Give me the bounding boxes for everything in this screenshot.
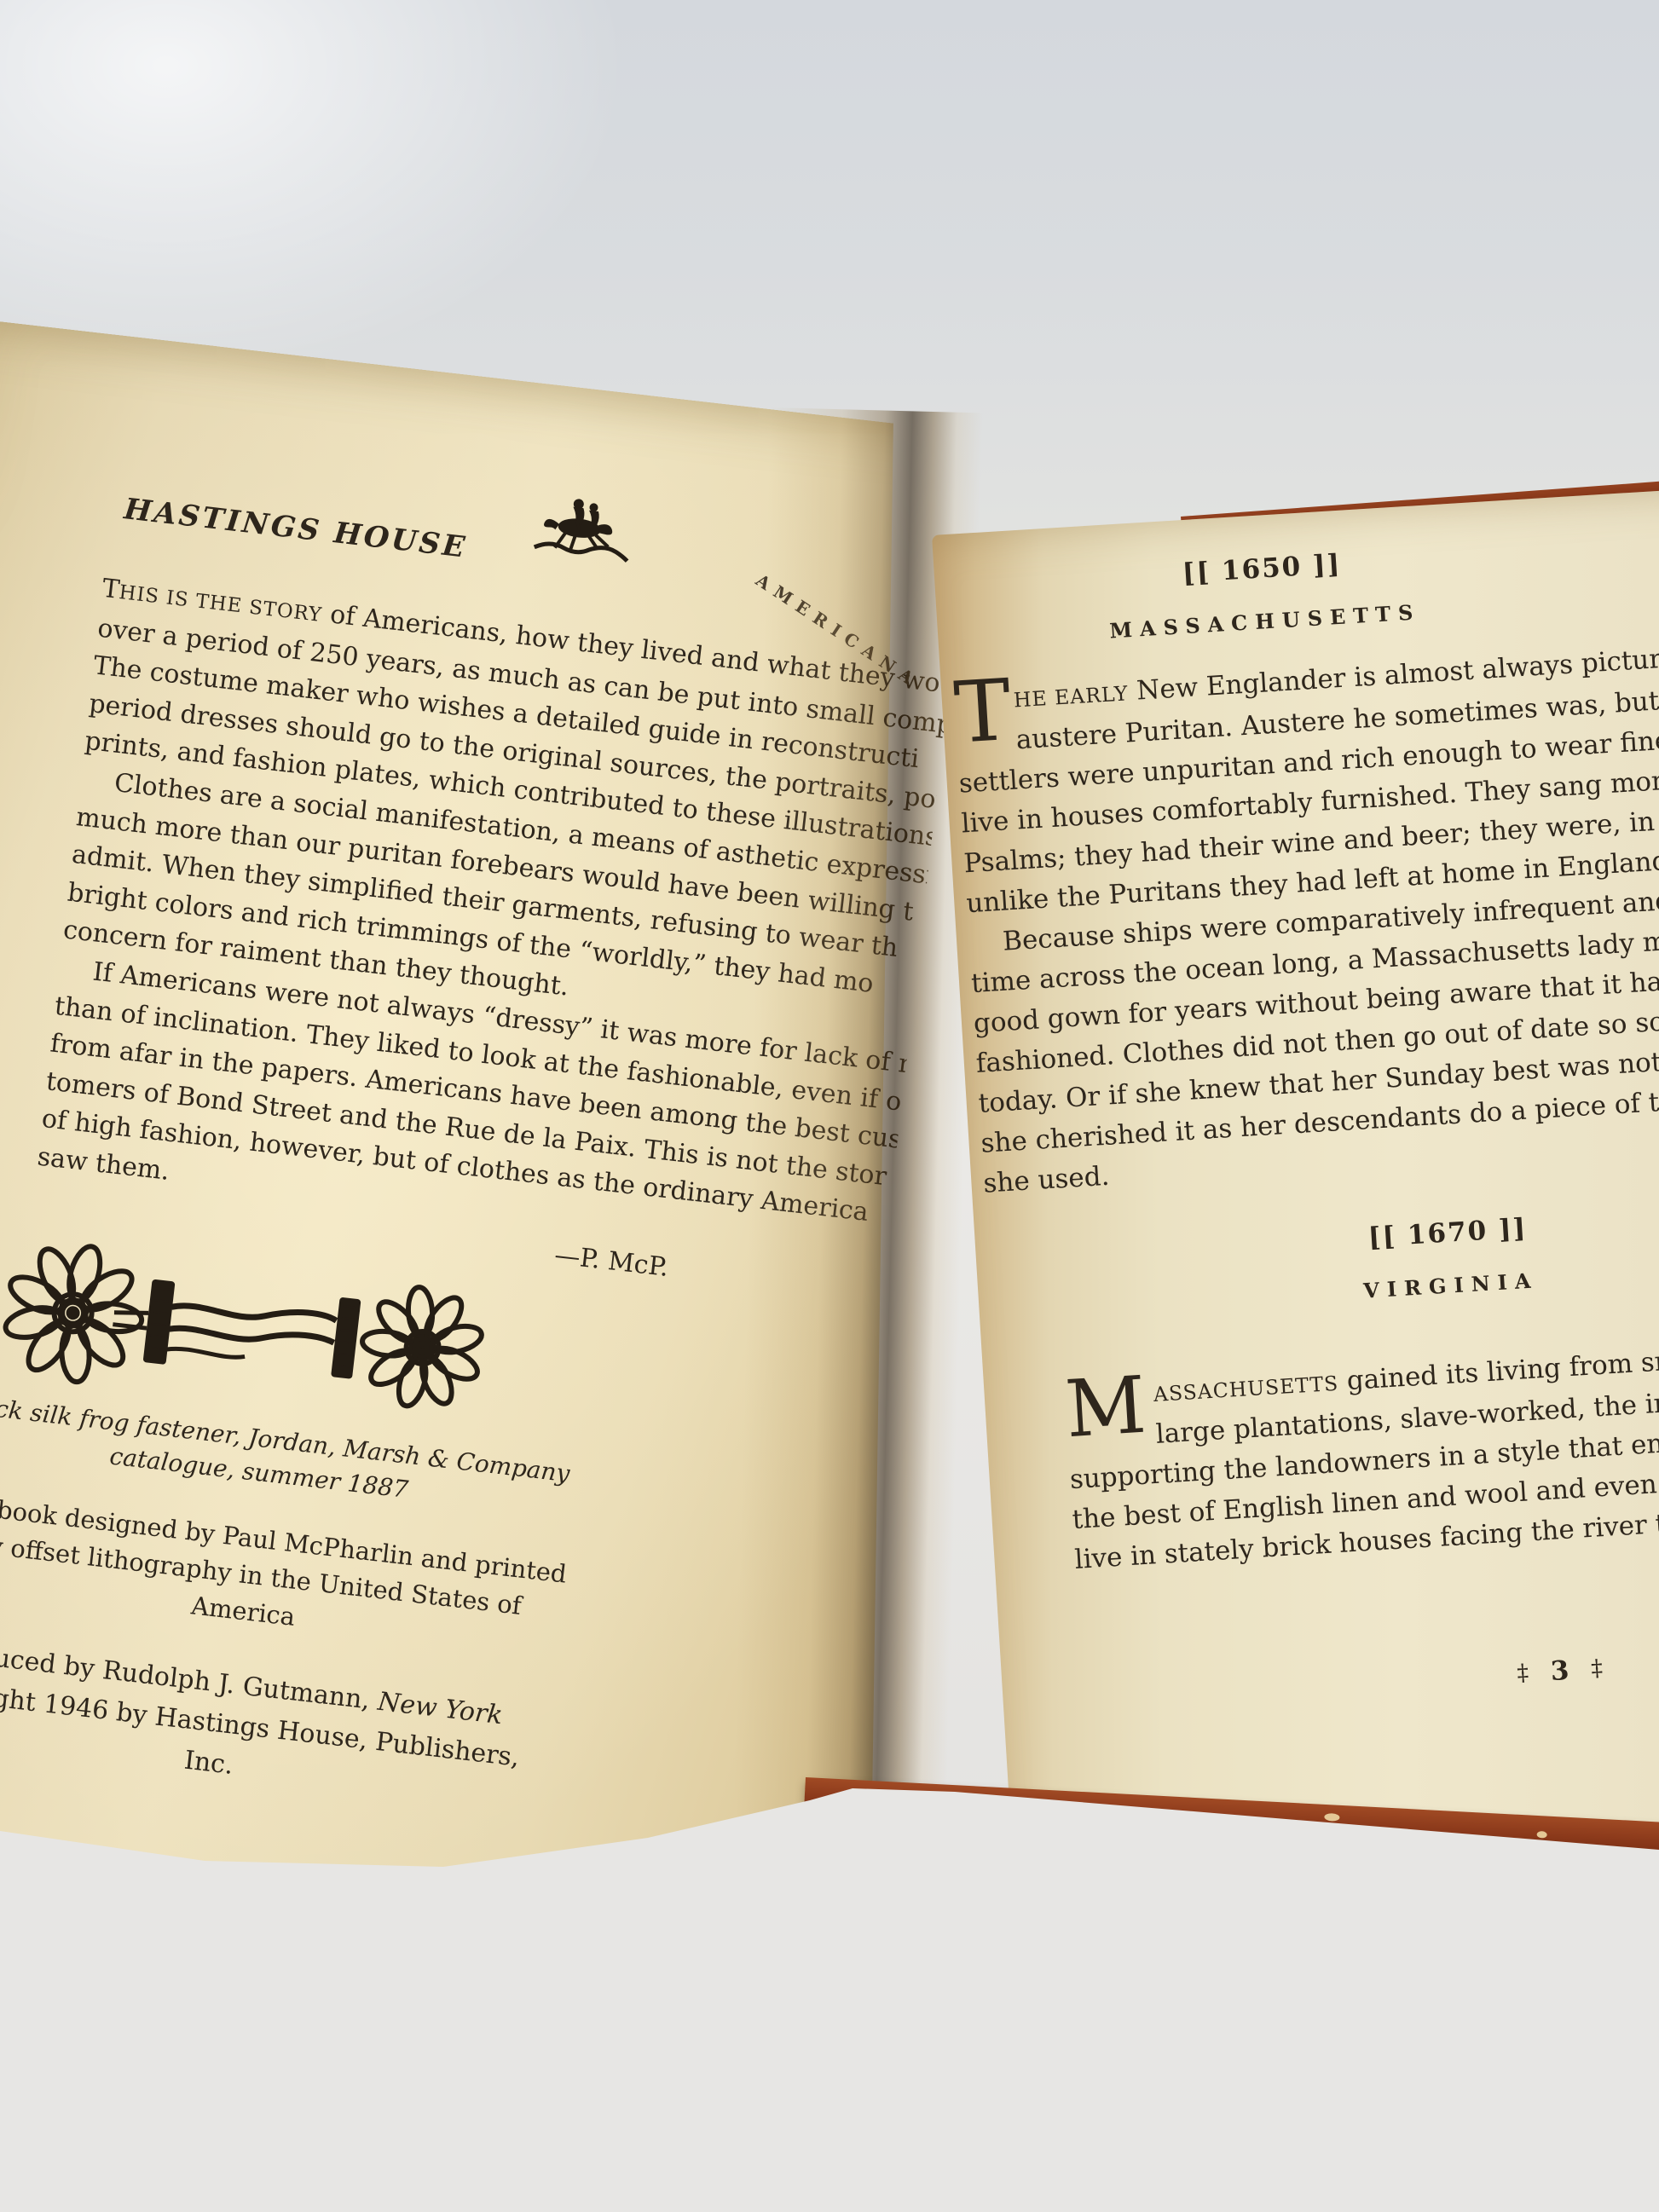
dagger-ornament: ‡	[1517, 1660, 1529, 1687]
horse-and-riders-emblem-icon	[524, 478, 642, 575]
paragraph: T HE EARLY New Englander is almost alway…	[953, 638, 1659, 924]
right-page-content: [[ 1650 ]] MASSACHUSETTS T HE EARLY New …	[932, 489, 1659, 1880]
book-photo: HASTINGS HOUSE AMERICANA THIS IS THE STO…	[0, 0, 1659, 2212]
publisher-name: HASTINGS HOUSE	[122, 492, 469, 565]
imprint: Produced by Rudolph J. Gutmann, New York…	[0, 1626, 542, 1819]
drop-cap: M	[1063, 1371, 1147, 1446]
dagger-ornament: ‡	[1590, 1655, 1603, 1682]
paragraph: Because ships were comparatively infrequ…	[968, 879, 1659, 1204]
drop-cap: T	[952, 676, 1013, 749]
page-number: ‡3‡	[1244, 1632, 1659, 1712]
paragraph: M ASSACHUSETTS gained its living from sm…	[1064, 1337, 1659, 1580]
